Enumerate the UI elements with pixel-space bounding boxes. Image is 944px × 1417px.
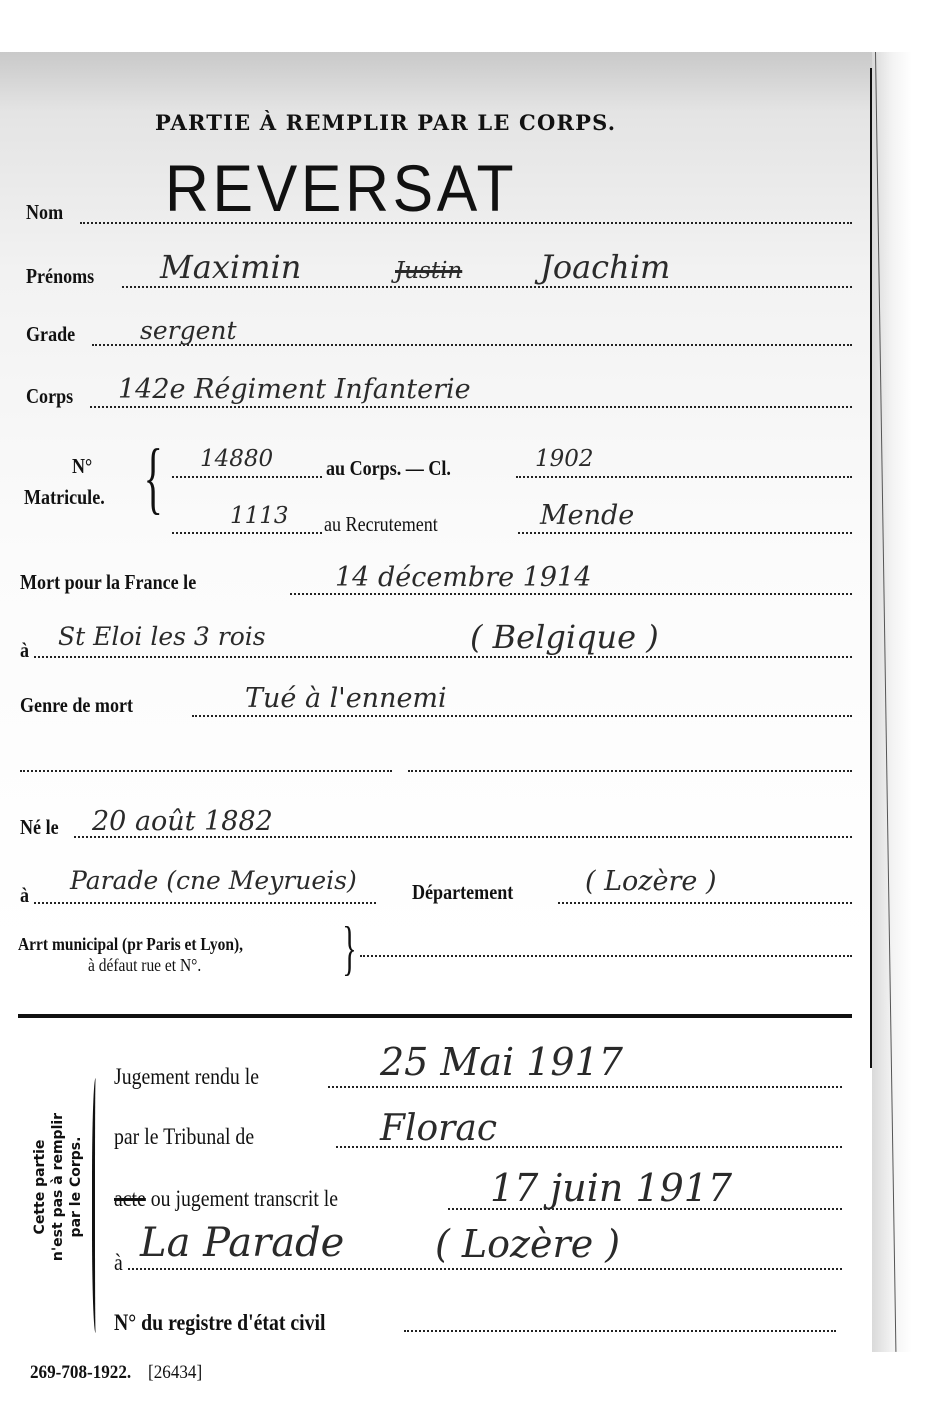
genre-mort-value: Tué à l'ennemi xyxy=(245,683,447,714)
transcrit-lieu-value: La Parade xyxy=(140,1220,344,1266)
arrondissement-brace: } xyxy=(342,918,356,978)
tribunal-label: par le Tribunal de xyxy=(114,1124,254,1150)
mort-lieu-label: à xyxy=(20,638,29,663)
departement-label: Département xyxy=(412,880,513,905)
matricule-brace: { xyxy=(144,438,163,518)
transcrit-lieu-dept: ( Lozère ) xyxy=(435,1222,620,1266)
transcrit-lieu-dots xyxy=(128,1268,842,1270)
recrutement-dots xyxy=(518,532,852,534)
judgment-brace xyxy=(92,1078,101,1333)
acte-struck: acte xyxy=(114,1186,146,1211)
mort-date-dots xyxy=(290,593,852,595)
matricule-label: Matricule. xyxy=(24,485,105,510)
mort-lieu-value: St Eloi les 3 rois xyxy=(58,622,266,651)
prenoms-dotted-line xyxy=(122,286,852,288)
mort-lieu-dots xyxy=(34,656,852,658)
genre-mort-label: Genre de mort xyxy=(20,693,133,718)
ne-lieu-label: à xyxy=(20,883,29,908)
blank-line-left xyxy=(20,770,392,772)
corps-number: 14880 xyxy=(200,446,273,472)
genre-mort-dots xyxy=(192,715,852,717)
nom-value: REVERSAT xyxy=(165,150,517,226)
ne-lieu-dots xyxy=(34,902,376,904)
ne-le-value: 20 août 1882 xyxy=(92,806,273,837)
prenom-1: Maximin xyxy=(160,248,301,286)
corps-number-dots xyxy=(172,476,322,478)
recrutement-number-dots xyxy=(172,532,322,534)
transcrit-label: acte ou jugement transcrit le xyxy=(114,1186,338,1212)
jugement-rendu-dots xyxy=(328,1086,842,1088)
grade-value: sergent xyxy=(140,316,237,345)
mort-lieu-country: ( Belgique ) xyxy=(470,618,659,656)
death-record-card xyxy=(0,52,872,1417)
classe-value: 1902 xyxy=(535,446,594,472)
mort-date-value: 14 décembre 1914 xyxy=(335,562,591,593)
blank-line-right xyxy=(408,770,852,772)
grade-label: Grade xyxy=(26,322,75,347)
arrondissement-label-2: à défaut rue et N°. xyxy=(88,955,201,976)
registre-label: N° du registre d'état civil xyxy=(114,1310,326,1336)
right-border-line xyxy=(870,68,872,1068)
registre-dots xyxy=(404,1330,836,1332)
bracket-code: [26434] xyxy=(148,1362,202,1383)
prenom-2: Joachim xyxy=(540,248,670,286)
jugement-rendu-value: 25 Mai 1917 xyxy=(380,1040,623,1084)
mort-date-label: Mort pour la France le xyxy=(20,570,196,595)
form-header: PARTIE À REMPLIR PAR LE CORPS. xyxy=(155,110,616,135)
ne-le-label: Né le xyxy=(20,815,59,840)
departement-dots xyxy=(558,902,852,904)
transcrit-lieu-label: à xyxy=(114,1250,123,1276)
transcrit-value: 17 juin 1917 xyxy=(490,1166,732,1210)
corps-value: 142e Régiment Infanterie xyxy=(118,374,471,405)
section-divider xyxy=(18,1014,852,1018)
departement-value: ( Lozère ) xyxy=(585,866,717,897)
au-recrutement-label: au Recrutement xyxy=(324,512,438,537)
corps-label: Corps xyxy=(26,384,73,409)
prenom-struck: Justin xyxy=(395,258,462,284)
recrutement-number: 1113 xyxy=(230,503,289,529)
jugement-rendu-label: Jugement rendu le xyxy=(114,1064,259,1090)
corps-dotted-line xyxy=(90,406,852,408)
matricule-label-no: N° xyxy=(72,454,92,479)
recrutement-place: Mende xyxy=(540,500,634,531)
prenoms-label: Prénoms xyxy=(26,264,94,289)
nom-label: Nom xyxy=(26,200,63,225)
print-footer: 269-708-1922. [26434] xyxy=(30,1362,202,1384)
side-note: Cette partie n'est pas à remplir par le … xyxy=(31,1087,85,1287)
print-code: 269-708-1922. xyxy=(30,1362,131,1383)
tribunal-value: Florac xyxy=(380,1108,497,1149)
au-corps-label: au Corps. — Cl. xyxy=(326,456,451,481)
classe-dots xyxy=(516,476,852,478)
arrondissement-label-1: Arrt municipal (pr Paris et Lyon), xyxy=(18,934,243,955)
arrondissement-dots xyxy=(360,955,852,957)
ne-lieu-value: Parade (cne Meyrueis) xyxy=(70,866,357,895)
